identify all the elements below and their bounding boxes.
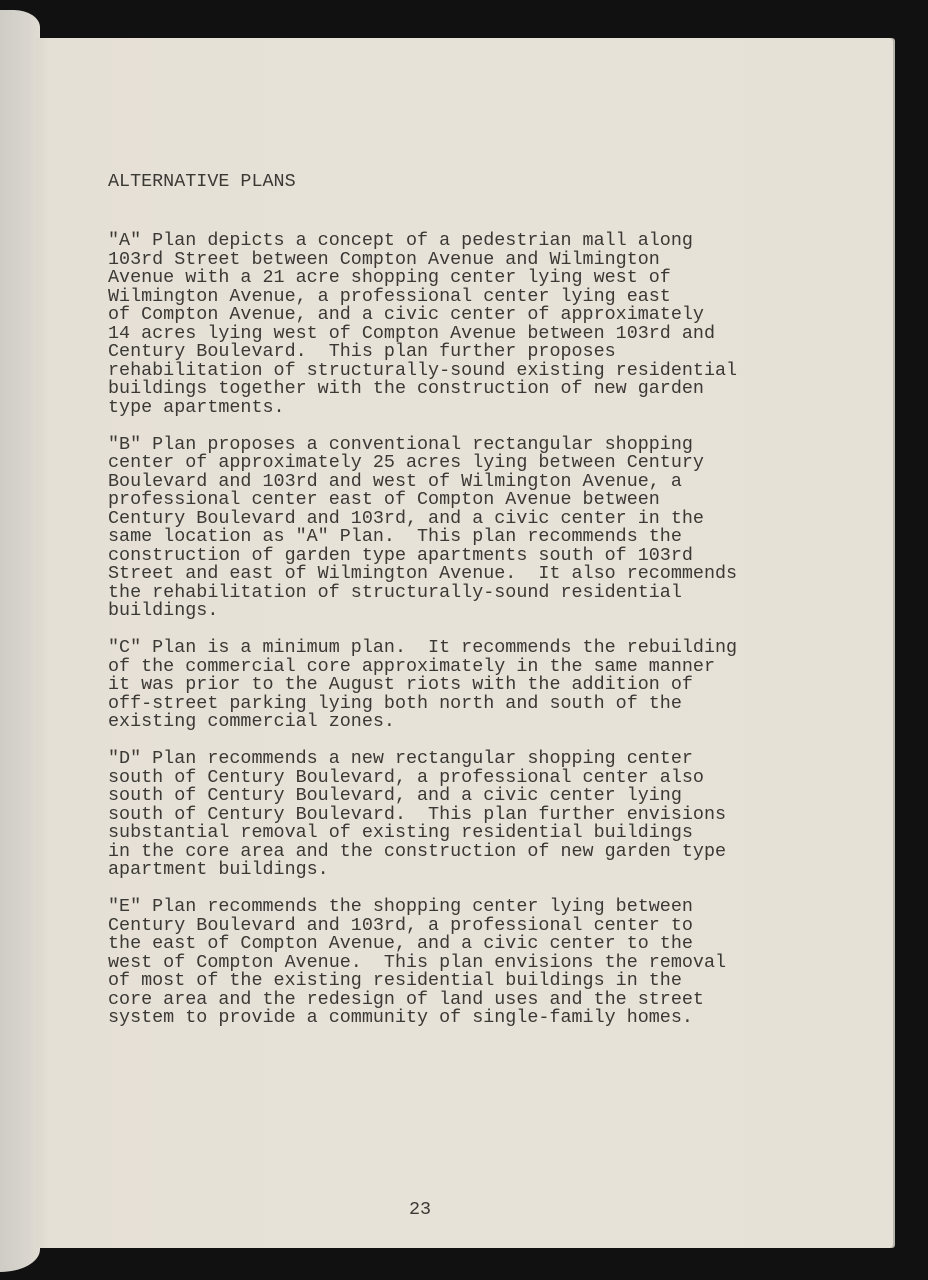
paragraph-plan-d: "D" Plan recommends a new rectangular sh… [108,750,737,880]
text-line: buildings. [108,602,737,621]
text-line: the east of Compton Avenue, and a civic … [108,935,737,954]
text-line: same location as "A" Plan. This plan rec… [108,528,737,547]
text-line: "E" Plan recommends the shopping center … [108,898,737,917]
text-line: Avenue with a 21 acre shopping center ly… [108,269,737,288]
previous-page-edge [0,10,40,1272]
paragraph-plan-e: "E" Plan recommends the shopping center … [108,898,737,1028]
document-page: ALTERNATIVE PLANS "A" Plan depicts a con… [36,38,893,1248]
text-line: "C" Plan is a minimum plan. It recommend… [108,639,737,658]
paragraph-plan-a: "A" Plan depicts a concept of a pedestri… [108,232,737,417]
page-number: 23 [409,1201,431,1220]
text-line: professional center east of Compton Aven… [108,491,737,510]
paragraph-plan-b: "B" Plan proposes a conventional rectang… [108,436,737,621]
section-heading: ALTERNATIVE PLANS [108,173,296,192]
text-line: of most of the existing residential buil… [108,972,737,991]
text-line: substantial removal of existing resident… [108,824,737,843]
text-line: type apartments. [108,399,737,418]
document-body: "A" Plan depicts a concept of a pedestri… [108,232,737,1028]
text-line: existing commercial zones. [108,713,737,732]
text-line: Street and east of Wilmington Avenue. It… [108,565,737,584]
paragraph-plan-c: "C" Plan is a minimum plan. It recommend… [108,639,737,732]
text-line: it was prior to the August riots with th… [108,676,737,695]
text-line: "D" Plan recommends a new rectangular sh… [108,750,737,769]
text-line: center of approximately 25 acres lying b… [108,454,737,473]
text-line: south of Century Boulevard, and a civic … [108,787,737,806]
text-line: of Compton Avenue, and a civic center of… [108,306,737,325]
text-line: system to provide a community of single-… [108,1009,737,1028]
text-line: buildings together with the construction… [108,380,737,399]
text-line: apartment buildings. [108,861,737,880]
text-line: "A" Plan depicts a concept of a pedestri… [108,232,737,251]
text-line: Century Boulevard. This plan further pro… [108,343,737,362]
